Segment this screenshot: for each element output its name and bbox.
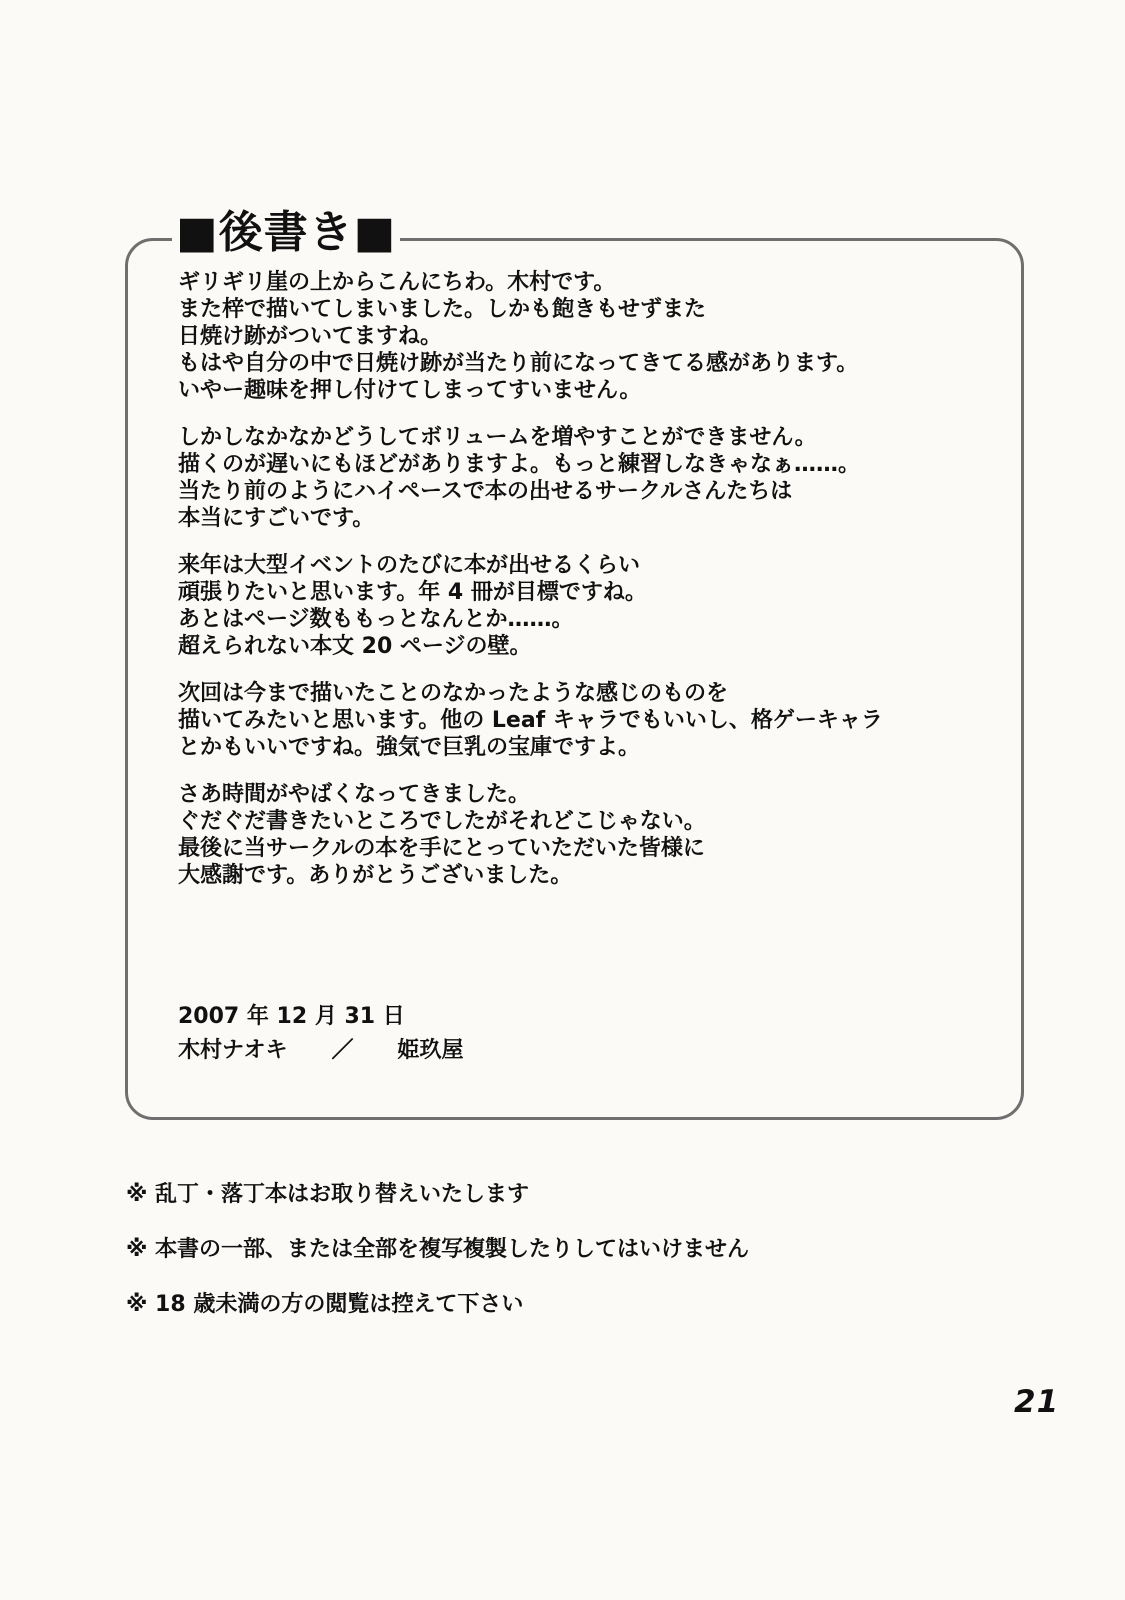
colophon-date: 2007 年 12 月 31 日 [178,1000,464,1034]
paragraph: 次回は今まで描いたことのなかったような感じのものを 描いてみたいと思います。他の… [178,680,988,761]
text-line: いやー趣味を押し付けてしまってすいません。 [178,377,988,404]
paragraph: 来年は大型イベントのたびに本が出せるくらい 頑張りたいと思います。年 4 冊が目… [178,552,988,660]
text-line: もはや自分の中で日焼け跡が当たり前になってきてる感があります。 [178,350,988,377]
text-line: 日焼け跡がついてますね。 [178,323,988,350]
paragraph: ギリギリ崖の上からこんにちわ。木村です。 また梓で描いてしまいました。しかも飽き… [178,269,988,404]
text-line: とかもいいですね。強気で巨乳の宝庫ですよ。 [178,734,988,761]
colophon-signature: 木村ナオキ ／ 姫玖屋 [178,1034,464,1068]
text-line: 超えられない本文 20 ページの壁。 [178,633,988,660]
text-line: 描くのが遅いにもほどがありますよ。もっと練習しなきゃなぁ……。 [178,451,988,478]
afterword-page: ■後書き■ ギリギリ崖の上からこんにちわ。木村です。 また梓で描いてしまいました… [0,0,1125,1600]
text-line: 頑張りたいと思います。年 4 冊が目標ですね。 [178,579,988,606]
text-line: 来年は大型イベントのたびに本が出せるくらい [178,552,988,579]
notice-age-restriction: ※ 18 歳未満の方の閲覧は控えて下さい [126,1292,749,1318]
colophon: 2007 年 12 月 31 日 木村ナオキ ／ 姫玖屋 [178,1000,464,1068]
section-title: ■後書き■ [172,208,400,259]
afterword-body: ギリギリ崖の上からこんにちわ。木村です。 また梓で描いてしまいました。しかも飽き… [178,269,988,909]
paragraph: さあ時間がやばくなってきました。 ぐだぐだ書きたいところでしたがそれどこじゃない… [178,781,988,889]
text-line: ギリギリ崖の上からこんにちわ。木村です。 [178,269,988,296]
text-line: さあ時間がやばくなってきました。 [178,781,988,808]
text-line: あとはページ数ももっとなんとか……。 [178,606,988,633]
text-line: 最後に当サークルの本を手にとっていただいた皆様に [178,835,988,862]
page-number: 21 [1014,1384,1059,1420]
text-line: 本当にすごいです。 [178,505,988,532]
notice-copyright: ※ 本書の一部、または全部を複写複製したりしてはいけません [126,1237,749,1263]
notice-replacement: ※ 乱丁・落丁本はお取り替えいたします [126,1182,749,1208]
text-line: 次回は今まで描いたことのなかったような感じのものを [178,680,988,707]
text-line: 大感謝です。ありがとうございました。 [178,862,988,889]
text-line: 当たり前のようにハイペースで本の出せるサークルさんたちは [178,478,988,505]
legal-notices: ※ 乱丁・落丁本はお取り替えいたします ※ 本書の一部、または全部を複写複製した… [126,1182,749,1347]
text-line: ぐだぐだ書きたいところでしたがそれどこじゃない。 [178,808,988,835]
paragraph: しかしなかなかどうしてボリュームを増やすことができません。 描くのが遅いにもほど… [178,424,988,532]
text-line: また梓で描いてしまいました。しかも飽きもせずまた [178,296,988,323]
text-line: 描いてみたいと思います。他の Leaf キャラでもいいし、格ゲーキャラ [178,707,988,734]
text-line: しかしなかなかどうしてボリュームを増やすことができません。 [178,424,988,451]
